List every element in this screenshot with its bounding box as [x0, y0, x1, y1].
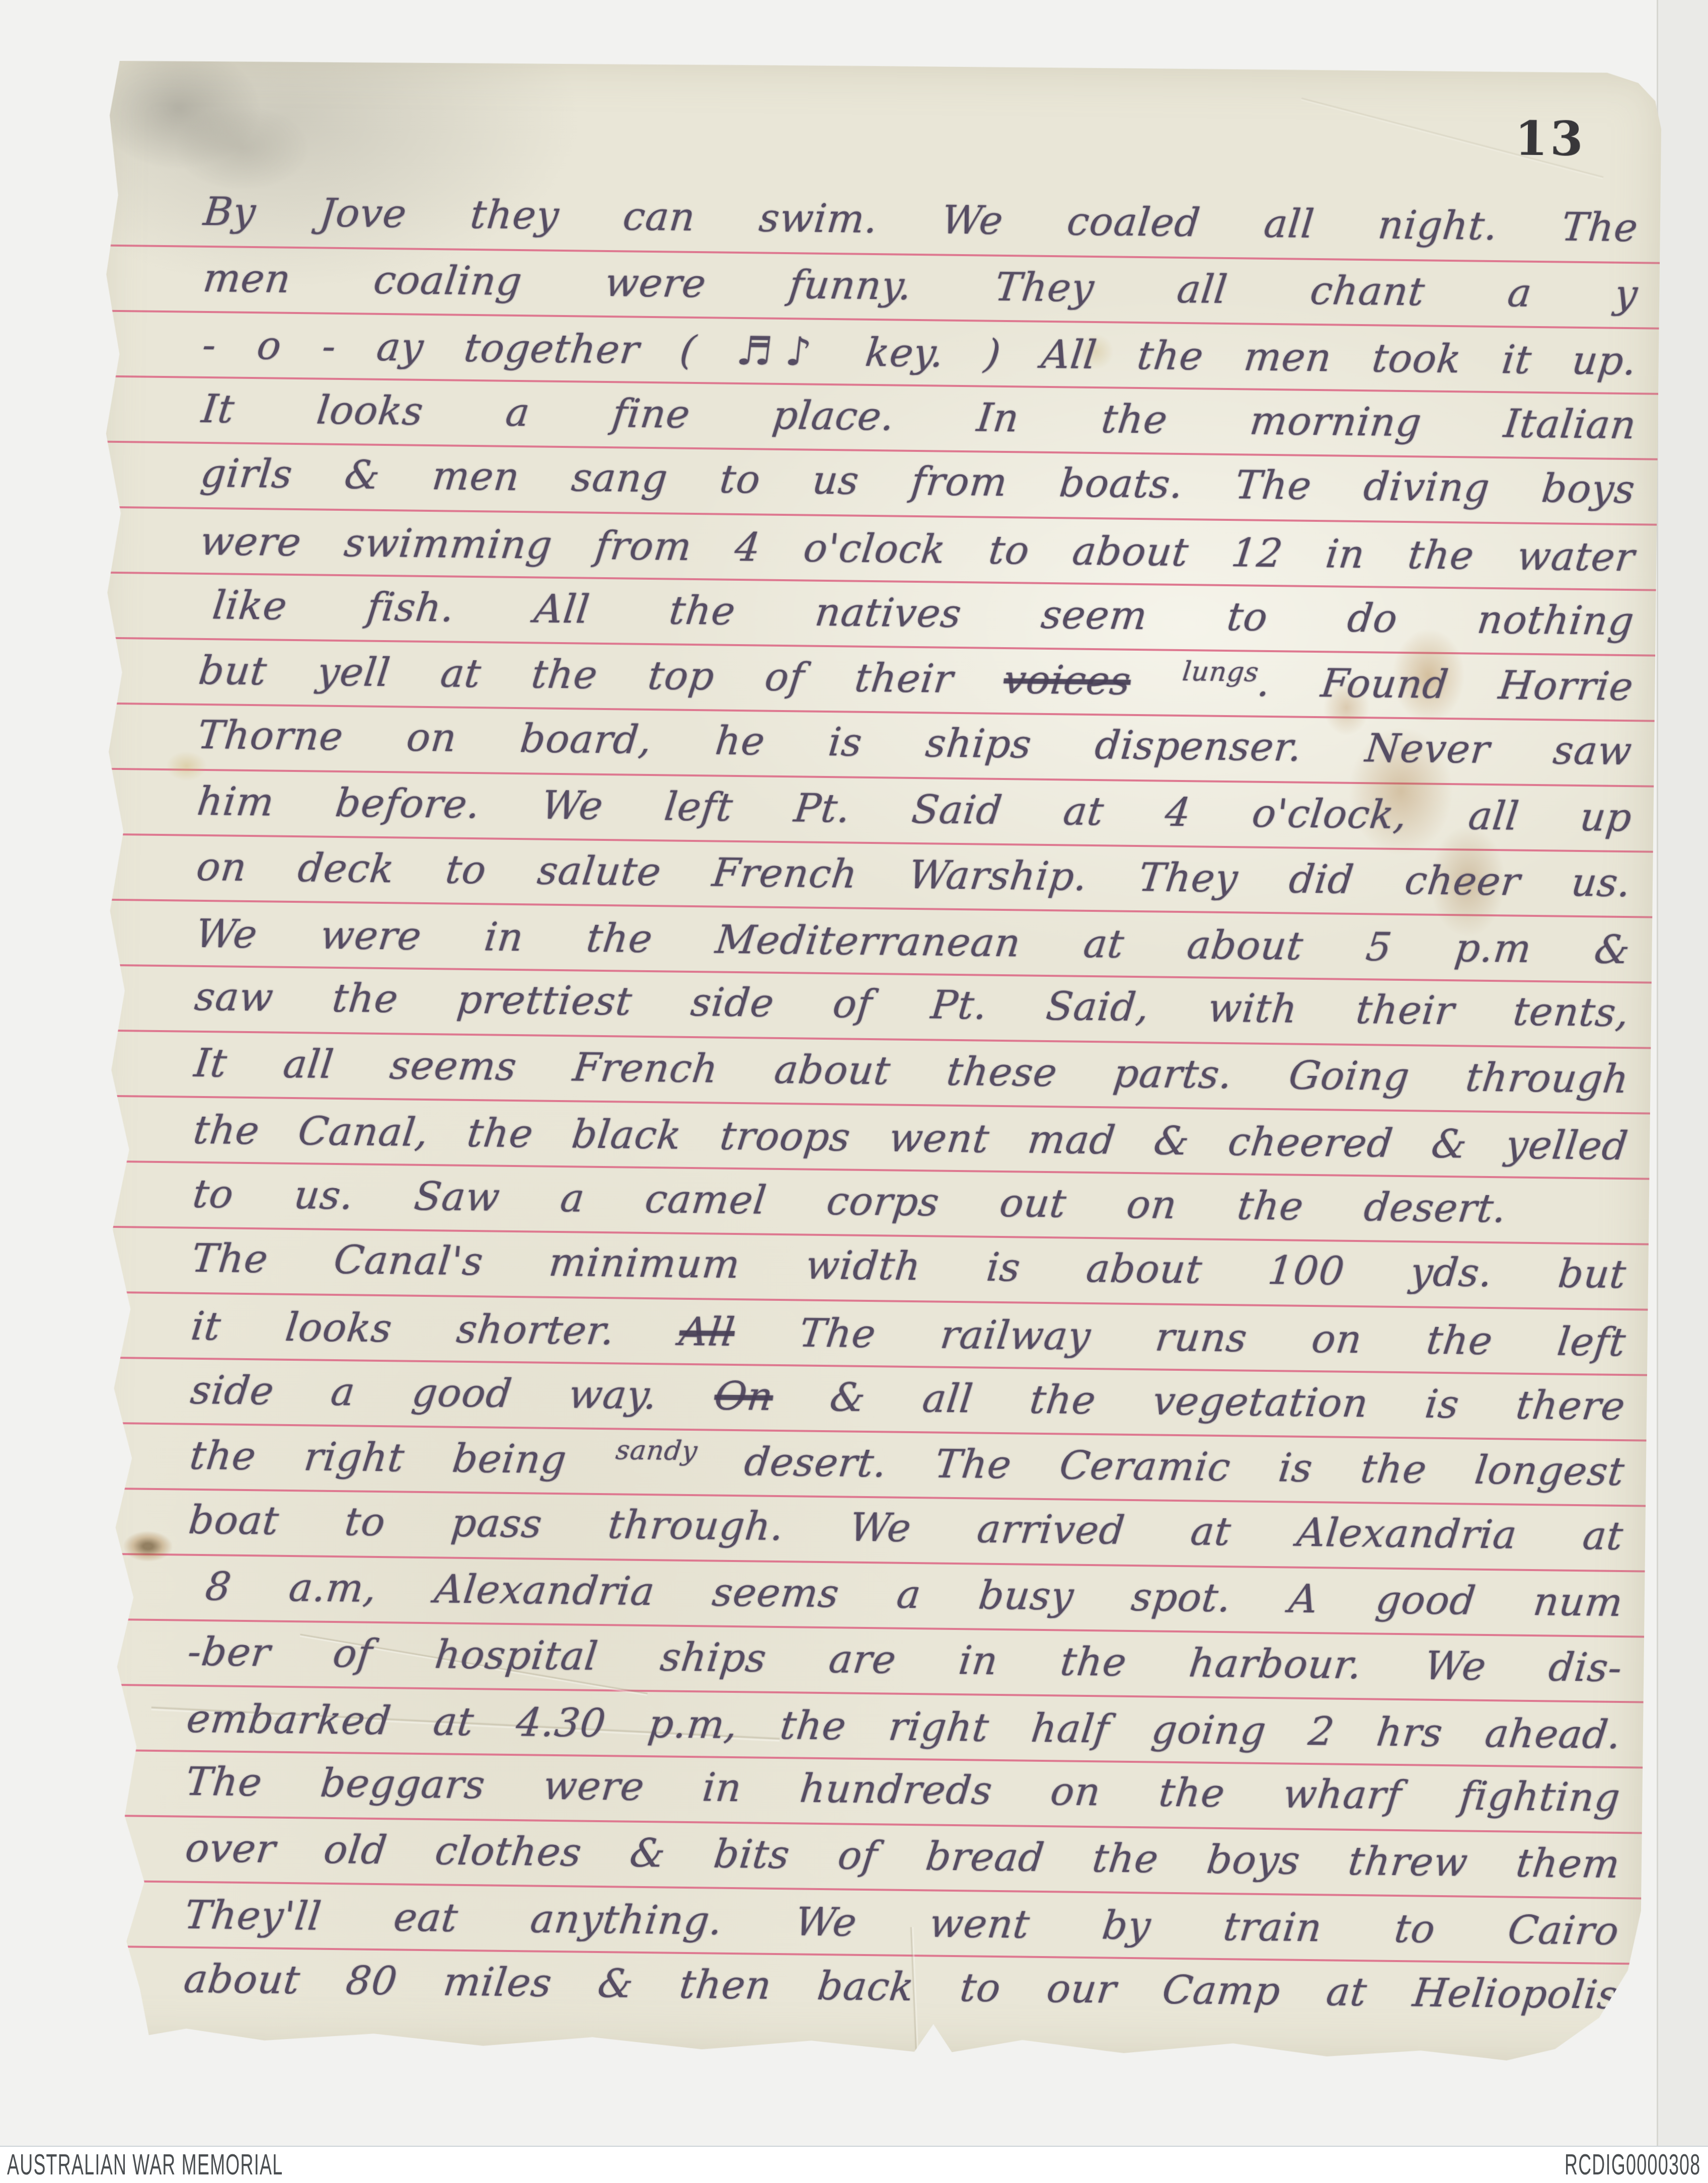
scan-edge-band — [1657, 0, 1708, 2147]
diary-text: By Jove they can swim. We coaled all nig… — [180, 180, 1635, 2028]
scan-background: 13 By Jove they can swim. We coaled all … — [0, 0, 1708, 2183]
archive-name: AUSTRALIAN WAR MEMORIAL — [7, 2148, 283, 2181]
ink-smudge — [174, 104, 310, 191]
ink-smudge — [92, 44, 265, 172]
footer-bar: AUSTRALIAN WAR MEMORIAL RCDIG0000308 — [0, 2146, 1708, 2183]
diary-page: 13 By Jove they can swim. We coaled all … — [77, 56, 1662, 2062]
foxing-stain — [123, 1530, 174, 1562]
page-number: 13 — [1514, 111, 1586, 167]
catalog-number: RCDIG0000308 — [1565, 2148, 1701, 2181]
